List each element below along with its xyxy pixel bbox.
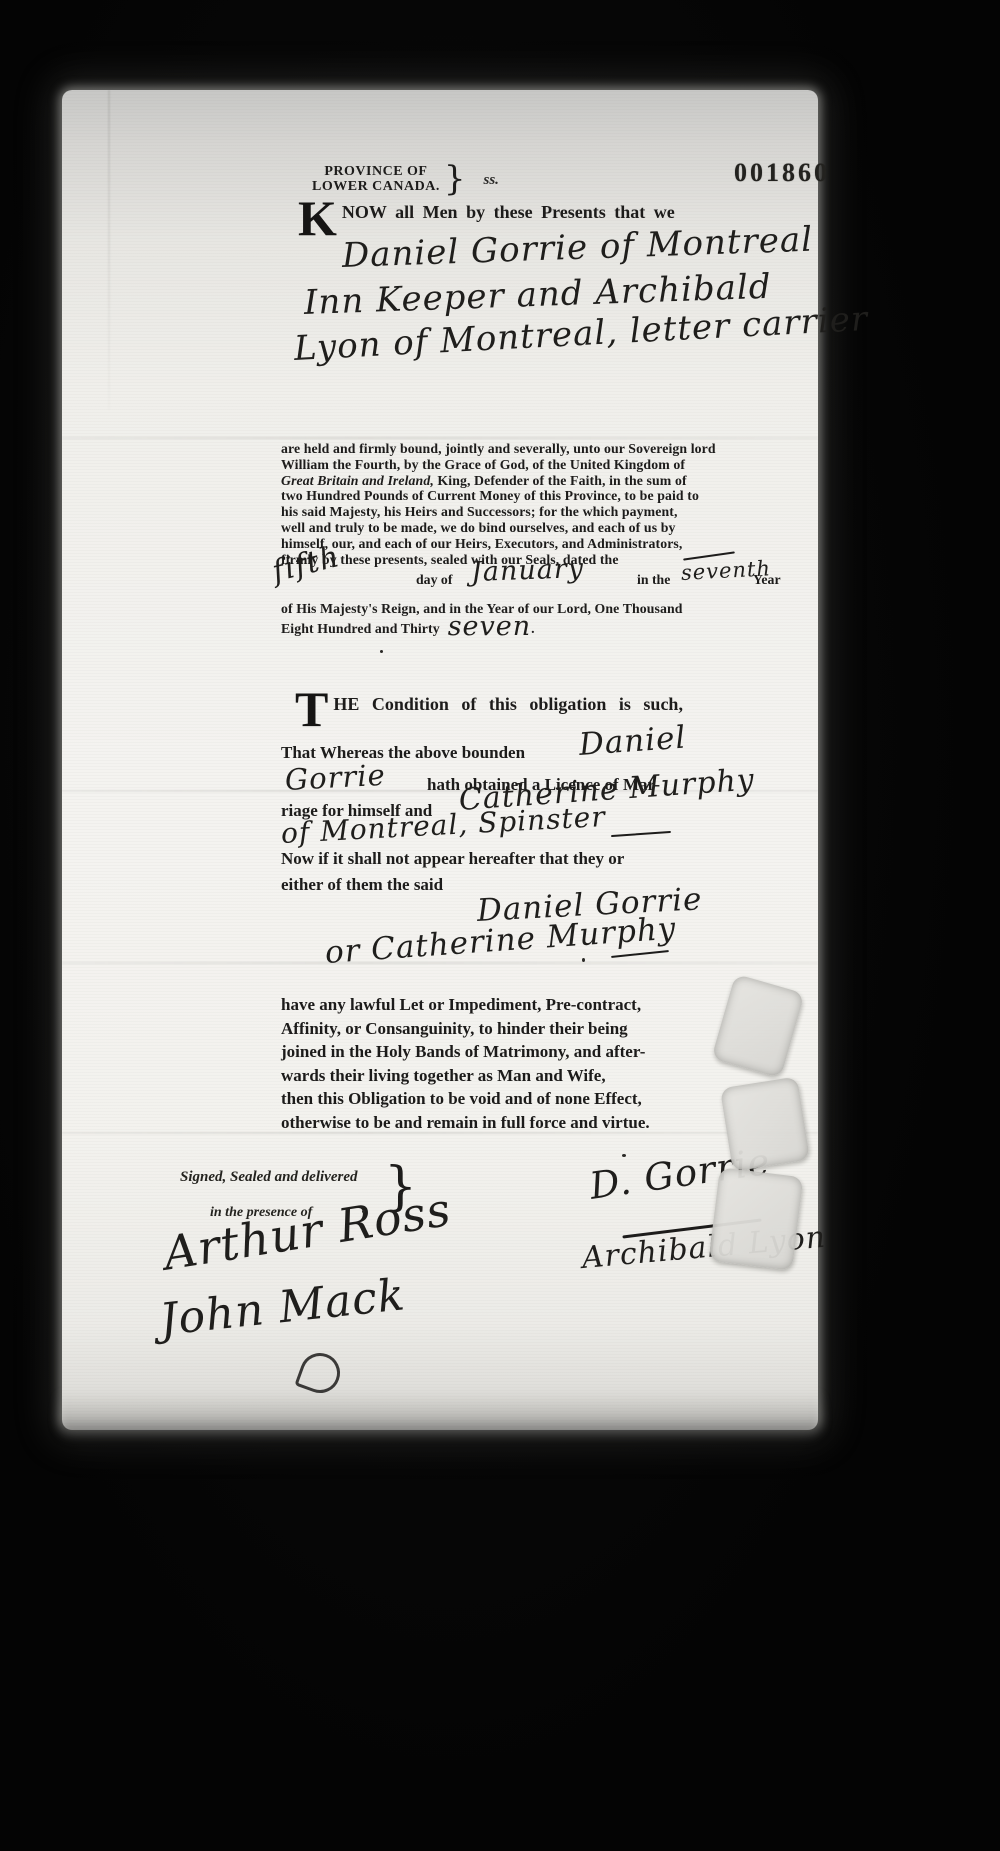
bond-line-rest: King, Defender of the Faith, in the sum … bbox=[434, 473, 687, 488]
clause-line: then this Obligation to be void and of n… bbox=[281, 1087, 650, 1111]
fold-crease bbox=[62, 437, 818, 439]
clause-line: joined in the Holy Bands of Matrimony, a… bbox=[281, 1040, 650, 1064]
condition-heading: T HE Condition of this obligation is suc… bbox=[295, 691, 683, 727]
bond-line: well and truly to be made, we do bind ou… bbox=[281, 520, 751, 536]
scilicet-abbreviation: ss. bbox=[483, 172, 498, 189]
bond-line: two Hundred Pounds of Current Money of t… bbox=[281, 488, 751, 504]
bond-line: William the Fourth, by the Grace of God,… bbox=[281, 457, 751, 473]
ink-dash bbox=[611, 831, 671, 837]
handwritten-year-word: seven bbox=[448, 611, 531, 642]
handwritten-parties: Daniel Gorrie of Montreal Inn Keeper and… bbox=[292, 236, 869, 369]
opening-text: NOW all Men by these Presents that we bbox=[342, 200, 675, 223]
bond-written-year-line: Eight Hundred and Thirtyseven. bbox=[281, 617, 751, 637]
day-of-label: day of bbox=[416, 572, 452, 588]
handwritten-month: January bbox=[470, 553, 584, 588]
bond-line: himself, our, and each of our Heirs, Exe… bbox=[281, 536, 751, 552]
witness-signature-2: John Mack bbox=[157, 1269, 407, 1345]
handwritten-groom-first-name: Daniel bbox=[578, 720, 688, 763]
paper-seal bbox=[720, 1076, 810, 1171]
year-label: Year bbox=[753, 572, 781, 588]
paper-seal bbox=[709, 1167, 804, 1271]
clause-line: otherwise to be and remain in full force… bbox=[281, 1111, 650, 1135]
dropcap-t: T bbox=[295, 691, 328, 727]
condition-line-1: That Whereas the above bounden bbox=[281, 743, 525, 763]
province-line-1: PROVINCE OF bbox=[312, 164, 440, 179]
province-header: PROVINCE OF LOWER CANADA. } ss. bbox=[312, 164, 499, 194]
stamp-number: 001860 bbox=[734, 158, 830, 188]
condition-section: T HE Condition of this obligation is suc… bbox=[281, 691, 761, 1011]
document-paper: 001860 PROVINCE OF LOWER CANADA. } ss. K… bbox=[62, 90, 818, 1430]
attestation-line-1: Signed, Sealed and delivered bbox=[180, 1169, 357, 1186]
clause-line: Affinity, or Consanguinity, to hinder th… bbox=[281, 1017, 650, 1041]
bond-line: are held and firmly bound, jointly and s… bbox=[281, 441, 751, 457]
brace-glyph: } bbox=[444, 164, 466, 194]
bond-line: Great Britain and Ireland, King, Defende… bbox=[281, 473, 751, 489]
written-year-prefix: Eight Hundred and Thirty bbox=[281, 621, 440, 636]
condition-line-5: either of them the said bbox=[281, 875, 443, 895]
handwritten-groom-surname: Gorrie bbox=[284, 758, 386, 797]
period: . bbox=[531, 621, 535, 636]
dropcap-k: K bbox=[298, 200, 337, 236]
condition-heading-text: HE Condition of this obligation is such, bbox=[333, 691, 683, 715]
obligation-clause: have any lawful Let or Impediment, Pre-c… bbox=[281, 993, 650, 1135]
paper-edge-fade bbox=[58, 1392, 822, 1438]
ink-speck bbox=[380, 650, 383, 653]
scan-background: 001860 PROVINCE OF LOWER CANADA. } ss. K… bbox=[0, 0, 1000, 1851]
condition-line-4: Now if it shall not appear hereafter tha… bbox=[281, 849, 624, 869]
bond-line: his said Majesty, his Heirs and Successo… bbox=[281, 504, 751, 520]
signature-flourish bbox=[294, 1347, 345, 1398]
witness-signature-1: Arthur Ross bbox=[160, 1182, 455, 1281]
ink-speck bbox=[582, 958, 585, 962]
fold-crease-vertical bbox=[108, 90, 110, 410]
clause-line: have any lawful Let or Impediment, Pre-c… bbox=[281, 993, 650, 1017]
in-the-label: in the bbox=[637, 572, 670, 588]
bond-paragraph: are held and firmly bound, jointly and s… bbox=[281, 441, 751, 637]
ink-speck bbox=[622, 1154, 626, 1157]
handwritten-day: fifth bbox=[269, 539, 344, 589]
ink-dash bbox=[611, 950, 669, 958]
clause-line: wards their living together as Man and W… bbox=[281, 1064, 650, 1088]
bond-line-italic: Great Britain and Ireland, bbox=[281, 473, 434, 488]
bond-date-line: fifth day of January in the seventh Year bbox=[281, 567, 751, 601]
ink-speck bbox=[362, 1210, 365, 1213]
